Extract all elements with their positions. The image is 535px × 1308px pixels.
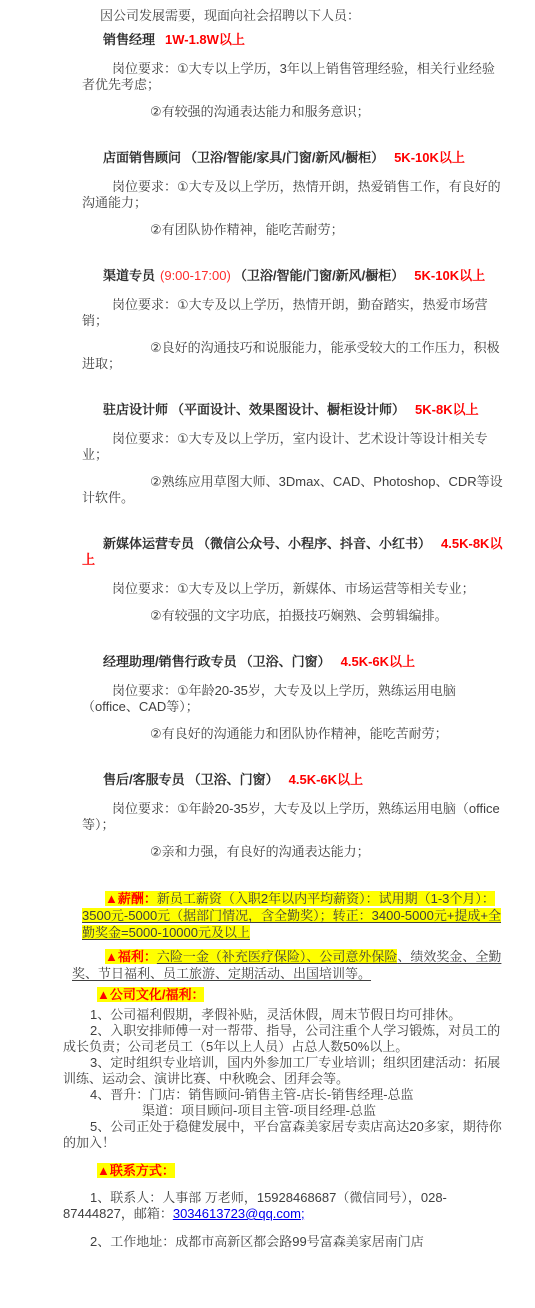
job-name: 经理助理/销售行政专员 <box>103 654 237 669</box>
job-title: 销售经理1W-1.8W以上 <box>82 32 507 48</box>
job-salary: 5K-10K以上 <box>394 150 465 165</box>
recruitment-document: 因公司发展需要，现面向社会招聘以下人员： 销售经理1W-1.8W以上 岗位要求：… <box>0 0 535 1276</box>
job-scope: （卫浴、门窗） <box>240 654 331 669</box>
job-title: 售后/客服专员（卫浴、门窗）4.5K-6K以上 <box>82 772 507 788</box>
job-block-channel-specialist: 渠道专员(9:00-17:00)（卫浴/智能/门窗/新风/橱柜）5K-10K以上… <box>63 268 507 372</box>
job-block-manager-assistant: 经理助理/销售行政专员（卫浴、门窗）4.5K-6K以上 岗位要求：①年龄20-3… <box>63 654 507 742</box>
job-salary: 5K-10K以上 <box>414 268 485 283</box>
job-requirement-2: ②有团队协作精神，能吃苦耐劳； <box>82 222 507 238</box>
job-requirement-1: 岗位要求：①年龄20-35岁，大专及以上学历，熟练运用电脑（office、CAD… <box>82 683 507 715</box>
job-requirement-1: 岗位要求：①大专以上学历，3年以上销售管理经验，相关行业经验者优先考虑； <box>82 61 507 93</box>
job-title: 驻店设计师（平面设计、效果图设计、橱柜设计师）5K-8K以上 <box>82 402 507 418</box>
job-block-store-sales-consultant: 店面销售顾问（卫浴/智能/家具/门窗/新风/橱柜）5K-10K以上 岗位要求：①… <box>63 150 507 238</box>
culture-item-5: 5、公司正处于稳健发展中，平台富森美家居专卖店高达20多家，期待你的加入！ <box>63 1119 507 1151</box>
job-name: 售后/客服专员 <box>103 772 185 787</box>
job-requirement-2: ②熟练应用草图大师、3Dmax、CAD、Photoshop、CDR等设计软件。 <box>82 474 507 506</box>
contact-address-line: 2、工作地址：成都市高新区都会路99号富森美家居南门店 <box>63 1234 507 1250</box>
email-suffix: ; <box>301 1206 305 1221</box>
job-requirement-2: ②亲和力强，有良好的沟通表达能力； <box>82 844 507 860</box>
job-requirement-1: 岗位要求：①大专及以上学历，热情开朗，勤奋踏实，热爱市场营销； <box>82 297 507 329</box>
job-title: 店面销售顾问（卫浴/智能/家具/门窗/新风/橱柜）5K-10K以上 <box>82 150 507 166</box>
job-requirement-2: ②良好的沟通技巧和说服能力，能承受较大的工作压力，积极进取； <box>82 340 507 372</box>
job-block-after-sales-specialist: 售后/客服专员（卫浴、门窗）4.5K-6K以上 岗位要求：①年龄20-35岁，大… <box>63 772 507 860</box>
job-salary: 4.5K-6K以上 <box>289 772 363 787</box>
email-link[interactable]: 3034613723@qq.com <box>173 1206 301 1221</box>
job-requirement-2: ②有较强的文字功底，拍摄技巧娴熟、会剪辑编排。 <box>82 608 507 624</box>
contact-person-line: 1、联系人：人事部 万老师，15928468687（微信同号），028-8744… <box>63 1190 507 1222</box>
salary-heading-label: ▲薪酬： <box>105 891 157 906</box>
job-salary: 5K-8K以上 <box>415 402 479 417</box>
job-requirement-2: ②有良好的沟通能力和团队协作精神，能吃苦耐劳； <box>82 726 507 742</box>
job-schedule: (9:00-17:00) <box>160 268 231 283</box>
job-requirement-1: 岗位要求：①大专及以上学历，新媒体、市场运营等相关专业； <box>82 581 507 597</box>
job-name: 驻店设计师 <box>103 402 168 417</box>
culture-heading: ▲公司文化/福利： <box>97 987 507 1003</box>
intro-text: 因公司发展需要，现面向社会招聘以下人员： <box>63 8 507 24</box>
job-scope: （微信公众号、小程序、抖音、小红书） <box>197 536 431 551</box>
job-block-sales-manager: 销售经理1W-1.8W以上 岗位要求：①大专以上学历，3年以上销售管理经验，相关… <box>63 32 507 120</box>
job-salary: 1W-1.8W以上 <box>165 32 245 47</box>
culture-item-3: 3、定时组织专业培训，国内外参加工厂专业培训；组织团建活动：拓展训练、运动会、演… <box>63 1055 507 1087</box>
job-scope: （卫浴、门窗） <box>188 772 279 787</box>
salary-text: 新员工薪资（入职2年以内平均薪资）：试用期（1-3个月）： <box>157 891 495 906</box>
job-scope: （卫浴/智能/门窗/新风/橱柜） <box>234 268 404 283</box>
job-requirement-2: ②有较强的沟通表达能力和服务意识； <box>82 104 507 120</box>
culture-item-1: 1、公司福利假期，孝假补贴，灵活休假，周末节假日均可排休。 <box>63 1007 507 1023</box>
job-title: 渠道专员(9:00-17:00)（卫浴/智能/门窗/新风/橱柜）5K-10K以上 <box>82 268 507 284</box>
job-requirement-1: 岗位要求：①大专及以上学历，热情开朗，热爱销售工作，有良好的沟通能力； <box>82 179 507 211</box>
benefits-heading-label: ▲福利： <box>105 949 157 964</box>
promotion-channel-line: 渠道：项目顾问-项目主管-项目经理-总监 <box>63 1103 507 1119</box>
job-block-store-designer: 驻店设计师（平面设计、效果图设计、橱柜设计师）5K-8K以上 岗位要求：①大专及… <box>63 402 507 506</box>
job-salary: 4.5K-6K以上 <box>341 654 415 669</box>
contact-heading: ▲联系方式： <box>97 1163 507 1179</box>
culture-item-4: 4、晋升：门店：销售顾问-销售主管-店长-销售经理-总监 <box>63 1087 507 1103</box>
culture-item-2: 2、入职安排师傅一对一帮带、指导，公司注重个人学习锻炼，对员工的成长负责；公司老… <box>63 1023 507 1055</box>
job-block-new-media-specialist: 新媒体运营专员（微信公众号、小程序、抖音、小红书）4.5K-8K以上 岗位要求：… <box>63 536 507 624</box>
salary-text-underlined: 3500元-5000元（据部门情况，含全勤奖）；转正：3400-5000元+提成… <box>82 908 501 940</box>
culture-list: 1、公司福利假期，孝假补贴，灵活休假，周末节假日均可排休。 2、入职安排师傅一对… <box>63 1007 507 1151</box>
job-scope: （卫浴/智能/家具/门窗/新风/橱柜） <box>184 150 384 165</box>
job-requirement-1: 岗位要求：①年龄20-35岁，大专及以上学历，熟练运用电脑（office等）； <box>82 801 507 833</box>
job-requirement-1: 岗位要求：①大专及以上学历，室内设计、艺术设计等设计相关专业； <box>82 431 507 463</box>
job-name: 店面销售顾问 <box>103 150 181 165</box>
job-name: 销售经理 <box>103 32 155 47</box>
job-name: 新媒体运营专员 <box>103 536 194 551</box>
job-scope: （平面设计、效果图设计、橱柜设计师） <box>171 402 405 417</box>
job-name: 渠道专员 <box>103 268 155 283</box>
benefits-highlight-text: 六险一金（补充医疗保险）、公司意外保险 <box>157 949 398 964</box>
job-list: 销售经理1W-1.8W以上 岗位要求：①大专以上学历，3年以上销售管理经验，相关… <box>63 32 507 860</box>
salary-paragraph: ▲薪酬：新员工薪资（入职2年以内平均薪资）：试用期（1-3个月）：3500元-5… <box>82 890 507 941</box>
job-title: 新媒体运营专员（微信公众号、小程序、抖音、小红书）4.5K-8K以上 <box>82 536 507 568</box>
benefits-paragraph: ▲福利：六险一金（补充医疗保险）、公司意外保险、绩效奖金、全勤奖、节日福利、员工… <box>72 948 507 982</box>
job-title: 经理助理/销售行政专员（卫浴、门窗）4.5K-6K以上 <box>82 654 507 670</box>
